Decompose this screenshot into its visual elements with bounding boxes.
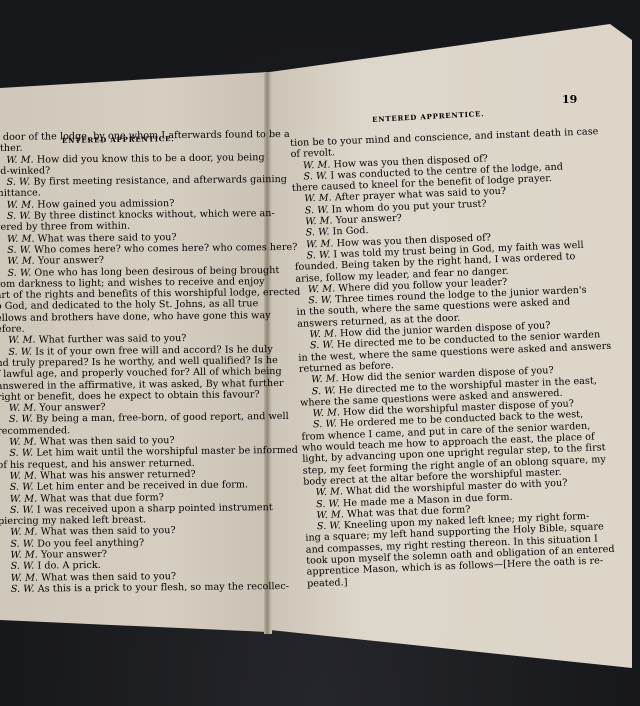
speaker-label: W. M. bbox=[7, 256, 35, 267]
speaker-label: S. W. bbox=[10, 504, 34, 515]
line-text: By being a man, free-born, of good repor… bbox=[36, 411, 289, 425]
speaker-label: W. M. bbox=[7, 199, 35, 210]
speaker-label: W. M. bbox=[311, 374, 339, 386]
speaker-label: W. M. bbox=[11, 572, 39, 583]
line-text: Your answer? bbox=[41, 549, 107, 561]
left-page-text: e door of the lodge, by one whom I after… bbox=[0, 129, 261, 595]
speaker-label: W. M. bbox=[303, 159, 331, 171]
speaker-label: S. W. bbox=[306, 250, 330, 262]
line-text: Do you feel anything? bbox=[37, 537, 144, 549]
line-text: I do. A prick. bbox=[37, 560, 101, 572]
speaker-label: S. W. bbox=[308, 295, 332, 307]
speaker-label: W. M. bbox=[9, 437, 37, 448]
line-text: How did you know this to be a door, you … bbox=[37, 152, 265, 165]
line-text: recommended. bbox=[0, 425, 70, 437]
speaker-label: W. M. bbox=[306, 238, 334, 250]
line-text: mittance. bbox=[0, 188, 41, 199]
line-text: What was that due form? bbox=[40, 492, 164, 504]
speaker-label: S. W. bbox=[305, 227, 329, 239]
speaker-label: S. W. bbox=[303, 170, 327, 182]
line-text: Let him enter and be received in due for… bbox=[37, 480, 249, 493]
page-number: 19 bbox=[562, 93, 577, 106]
speaker-label: S. W. bbox=[11, 583, 35, 594]
speaker-label: W. M. bbox=[315, 486, 343, 498]
speaker-label: S. W. bbox=[10, 482, 34, 493]
speaker-label: S. W. bbox=[7, 211, 31, 222]
line-text: As this is a prick to your flesh, so may… bbox=[38, 581, 289, 595]
line-text: peated.] bbox=[307, 577, 348, 590]
speaker-label: W. M. bbox=[6, 154, 34, 165]
speaker-label: W. M. bbox=[316, 509, 344, 521]
line-text: Your answer? bbox=[39, 402, 105, 414]
line-text: What was then said to you? bbox=[41, 526, 176, 538]
speaker-label: S. W. bbox=[310, 340, 334, 352]
line-text: efore. bbox=[0, 324, 25, 335]
speaker-label: W. M. bbox=[10, 470, 38, 481]
speaker-label: W. M. bbox=[7, 233, 35, 244]
speaker-label: S. W. bbox=[10, 538, 34, 549]
speaker-label: W. M. bbox=[308, 283, 336, 295]
speaker-label: S. W. bbox=[313, 419, 337, 431]
line-text: I was received upon a sharp pointed inst… bbox=[37, 502, 273, 515]
speaker-label: W. M. bbox=[10, 493, 38, 504]
speaker-label: S. W. bbox=[312, 385, 336, 397]
speaker-label: S. W. bbox=[8, 346, 32, 357]
speaker-label: S. W. bbox=[10, 561, 34, 572]
speaker-label: W. M. bbox=[309, 328, 337, 340]
speaker-label: S. W. bbox=[6, 177, 30, 188]
speaker-label: W. M. bbox=[10, 527, 38, 538]
speaker-label: S. W. bbox=[317, 520, 341, 532]
line-text: Your answer? bbox=[38, 255, 104, 267]
speaker-label: W. M. bbox=[305, 216, 333, 228]
speaker-label: W. M. bbox=[312, 407, 340, 419]
speaker-label: W. M. bbox=[304, 193, 332, 205]
speaker-label: W. M. bbox=[9, 403, 37, 414]
speaker-label: W. M. bbox=[8, 335, 36, 346]
right-page-text: tion be to your mind and conscience, and… bbox=[290, 127, 605, 590]
speaker-label: S. W. bbox=[7, 245, 31, 256]
speaker-label: S. W. bbox=[305, 204, 329, 216]
speaker-label: S. W. bbox=[9, 448, 33, 459]
speaker-label: S. W. bbox=[7, 267, 31, 278]
speaker-label: W. M. bbox=[10, 550, 38, 561]
speaker-label: S. W. bbox=[9, 414, 33, 425]
speaker-label: S. W. bbox=[316, 498, 340, 510]
line-text: od-winked? bbox=[0, 165, 50, 177]
line-text: other. bbox=[0, 143, 23, 154]
